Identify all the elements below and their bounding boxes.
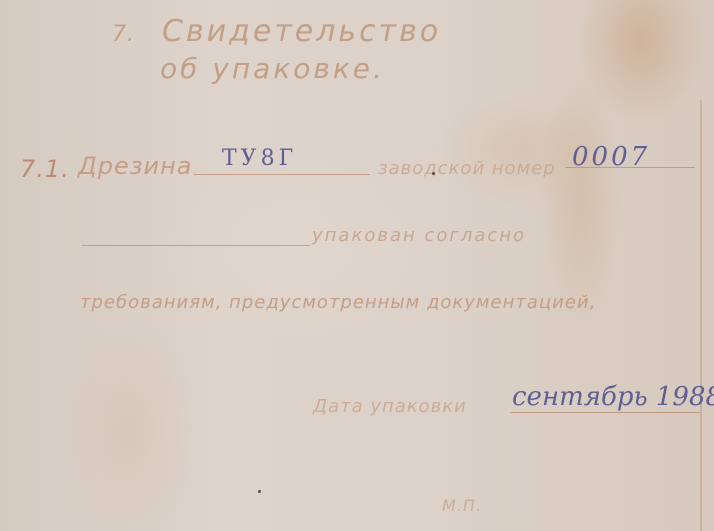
line2-blank-underline: [82, 245, 310, 246]
line1-middle: заводской номер: [378, 158, 556, 179]
date-underline: [510, 412, 700, 413]
stamp-label: М.П.: [442, 496, 482, 515]
date-value: сентябрь 1988: [512, 382, 714, 412]
model-underline: [194, 174, 370, 175]
ink-speck-2: [258, 490, 261, 493]
line3-text: требованиям, предусмотренным документаци…: [80, 292, 596, 313]
page-edge: [700, 100, 702, 531]
section-title-line1: Свидетельство: [162, 14, 441, 49]
ink-speck: [432, 172, 435, 175]
line2-text: упакован согласно: [312, 225, 526, 246]
section-title-line2: об упаковке.: [160, 52, 385, 85]
device-model-value: ТУ8Г: [222, 146, 297, 171]
date-label: Дата упаковки: [313, 396, 467, 417]
line1-prefix: Дрезина: [78, 152, 193, 180]
section-number: 7.: [112, 22, 135, 47]
serial-number-value: 0007: [572, 142, 650, 172]
document-page: 7. Свидетельство об упаковке. 7.1. Дрези…: [0, 0, 714, 531]
item-number: 7.1.: [20, 155, 70, 183]
